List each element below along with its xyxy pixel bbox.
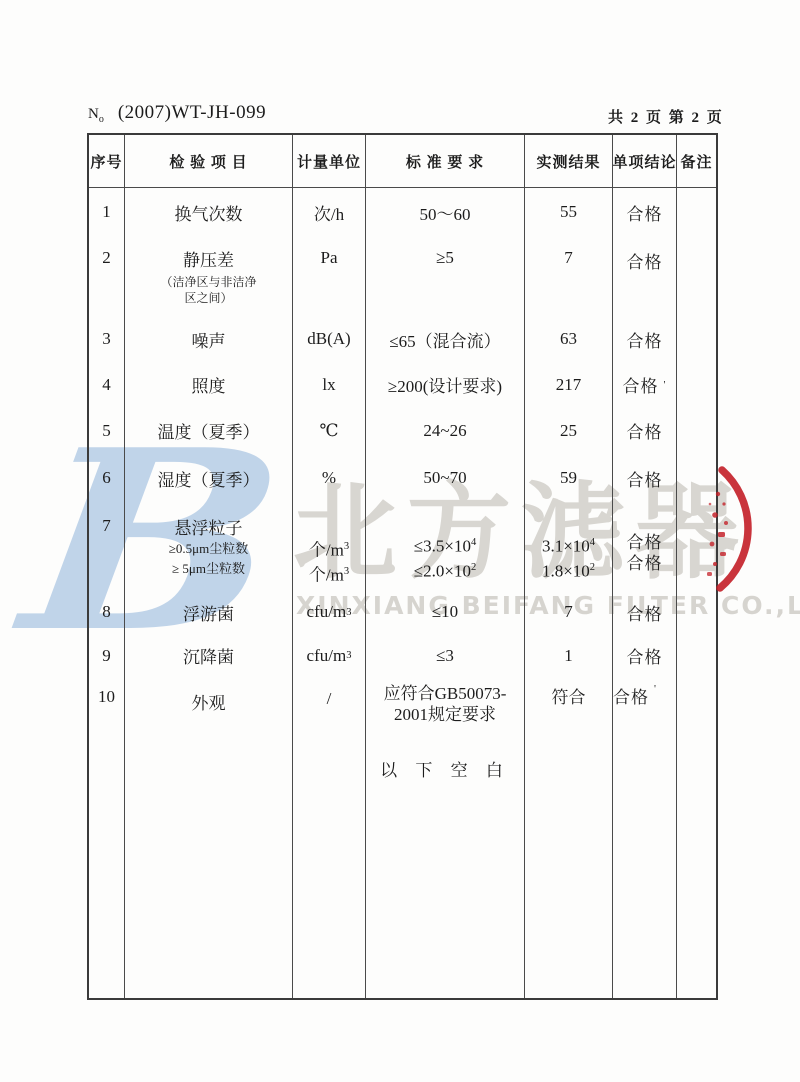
cell-remark: [677, 362, 716, 407]
cell-item: 噪声: [125, 316, 293, 362]
cell-standard: ≥200(设计要求): [366, 362, 525, 407]
table-row: 3 噪声 dB(A) ≤65（混合流） 63 合格: [89, 316, 716, 362]
cell-standard: 应符合GB50073- 2001规定要求: [366, 677, 525, 743]
scan-artifact-tick: ': [654, 683, 657, 695]
cell-conclusion: [613, 743, 677, 793]
cell-no: 9: [89, 634, 125, 677]
cell-conclusion: 合格 合格: [613, 502, 677, 590]
cell-no: 5: [89, 407, 125, 454]
cell-conclusion: 合格': [613, 677, 677, 743]
sub-item-label: ≥ 5μm尘粒数: [172, 559, 245, 579]
table-row: 2 静压差 （洁净区与非洁净 区之间） Pa ≥5 7 合格: [89, 236, 716, 316]
cell-standard: 24~26: [366, 407, 525, 454]
col-header-conclusion: 单项结论: [613, 135, 677, 187]
cell-no: 10: [89, 677, 125, 743]
item-title: 悬浮粒子: [175, 514, 243, 539]
cell-remark: [677, 634, 716, 677]
cell-item: 静压差 （洁净区与非洁净 区之间）: [125, 236, 293, 316]
page-indicator: 共 2 页 第 2 页: [608, 106, 724, 127]
cell-unit: %: [293, 454, 366, 502]
cell-standard: 50～60: [366, 188, 525, 236]
cell-remark: [677, 316, 716, 362]
col-header-remark: 备注: [677, 135, 716, 187]
cell-unit: cfu/m3: [293, 590, 366, 634]
table-row-empty: [89, 793, 716, 998]
table-row: 1 换气次数 次/h 50～60 55 合格: [89, 188, 716, 236]
blank-below-note: 以 下 空 白: [366, 743, 525, 793]
table-row: 6 湿度（夏季） % 50~70 59 合格: [89, 454, 716, 502]
cell-unit: [293, 743, 366, 793]
cell-remark: [677, 502, 716, 590]
cell-result: 217: [525, 362, 613, 407]
cell-remark: [677, 590, 716, 634]
cell-item: 悬浮粒子 ≥0.5μm尘粒数 ≥ 5μm尘粒数: [125, 502, 293, 590]
cell-item: 外观: [125, 677, 293, 743]
cell-item: 照度: [125, 362, 293, 407]
cell-standard: ≥5: [366, 236, 525, 316]
cell-result: 7: [525, 236, 613, 316]
table-row: 5 温度（夏季） ℃ 24~26 25 合格: [89, 407, 716, 454]
cell-no: 6: [89, 454, 125, 502]
cell-conclusion: 合格: [613, 236, 677, 316]
cell-standard: ≤3: [366, 634, 525, 677]
document-number: No(2007)WT-JH-099: [88, 102, 266, 125]
cell-result: 3.1×104 1.8×102: [525, 502, 613, 590]
cell-remark: [677, 454, 716, 502]
cell-no: 1: [89, 188, 125, 236]
cell-no: 4: [89, 362, 125, 407]
table-header-row: 序号 检 验 项 目 计量单位 标 准 要 求 实测结果 单项结论 备注: [89, 135, 716, 188]
cell-unit: /: [293, 677, 366, 743]
table-row-blank-note: 以 下 空 白: [89, 743, 716, 793]
cell-conclusion: 合格: [613, 188, 677, 236]
table-row: 4 照度 lx ≥200(设计要求) 217 合格': [89, 362, 716, 407]
cell-remark: [677, 188, 716, 236]
col-header-item: 检 验 项 目: [125, 135, 293, 187]
cell-item: 沉降菌: [125, 634, 293, 677]
col-header-result: 实测结果: [525, 135, 613, 187]
cell-result: 59: [525, 454, 613, 502]
cell-conclusion: 合格: [613, 316, 677, 362]
cell-result: 7: [525, 590, 613, 634]
cell-unit: lx: [293, 362, 366, 407]
cell-conclusion: 合格: [613, 454, 677, 502]
cell-remark: [677, 677, 716, 743]
cell-no: 7: [89, 502, 125, 590]
doc-number-value: (2007)WT-JH-099: [118, 102, 266, 123]
col-header-standard: 标 准 要 求: [366, 135, 525, 187]
cell-result: 1: [525, 634, 613, 677]
cell-result: [525, 743, 613, 793]
table-row: 8 浮游菌 cfu/m3 ≤10 7 合格: [89, 590, 716, 634]
cell-item: 温度（夏季）: [125, 407, 293, 454]
document-page: B 北方滤器 XINXIANG BEIFANG FILTER CO.,LTD. …: [0, 0, 800, 1082]
cell-unit: dB(A): [293, 316, 366, 362]
cell-no: 8: [89, 590, 125, 634]
table-row: 10 外观 / 应符合GB50073- 2001规定要求 符合 合格': [89, 677, 716, 743]
inspection-table: 序号 检 验 项 目 计量单位 标 准 要 求 实测结果 单项结论 备注 1 换…: [87, 133, 718, 1000]
cell-standard: ≤3.5×104 ≤2.0×102: [366, 502, 525, 590]
cell-remark: [677, 743, 716, 793]
cell-item: 湿度（夏季）: [125, 454, 293, 502]
table-row: 7 悬浮粒子 ≥0.5μm尘粒数 ≥ 5μm尘粒数 个/m3 个/m3 ≤3.5…: [89, 502, 716, 590]
table-row: 9 沉降菌 cfu/m3 ≤3 1 合格: [89, 634, 716, 677]
no-label: No: [88, 106, 104, 122]
item-title: 静压差: [183, 246, 234, 271]
cell-result: 符合: [525, 677, 613, 743]
item-note: 区之间）: [184, 290, 232, 306]
item-note: （洁净区与非洁净: [160, 274, 256, 290]
col-header-unit: 计量单位: [293, 135, 366, 187]
cell-item: [125, 743, 293, 793]
table-body: 1 换气次数 次/h 50～60 55 合格 2 静压差 （洁净区与非洁净 区之…: [89, 188, 716, 998]
sub-item-label: ≥0.5μm尘粒数: [169, 539, 248, 559]
cell-result: 55: [525, 188, 613, 236]
cell-unit: cfu/m3: [293, 634, 366, 677]
cell-unit: Pa: [293, 236, 366, 316]
cell-unit: ℃: [293, 407, 366, 454]
cell-standard: 50~70: [366, 454, 525, 502]
cell-no: 2: [89, 236, 125, 316]
cell-standard: ≤65（混合流）: [366, 316, 525, 362]
cell-conclusion: 合格: [613, 634, 677, 677]
cell-standard: ≤10: [366, 590, 525, 634]
cell-result: 25: [525, 407, 613, 454]
cell-no: 3: [89, 316, 125, 362]
col-header-no: 序号: [89, 135, 125, 187]
cell-remark: [677, 236, 716, 316]
scan-artifact-tick: ': [664, 379, 667, 391]
cell-item: 换气次数: [125, 188, 293, 236]
cell-conclusion: 合格: [613, 407, 677, 454]
cell-result: 63: [525, 316, 613, 362]
cell-unit: 个/m3 个/m3: [293, 502, 366, 590]
cell-item: 浮游菌: [125, 590, 293, 634]
cell-conclusion: 合格': [613, 362, 677, 407]
cell-unit: 次/h: [293, 188, 366, 236]
cell-conclusion: 合格: [613, 590, 677, 634]
cell-no: [89, 743, 125, 793]
cell-remark: [677, 407, 716, 454]
